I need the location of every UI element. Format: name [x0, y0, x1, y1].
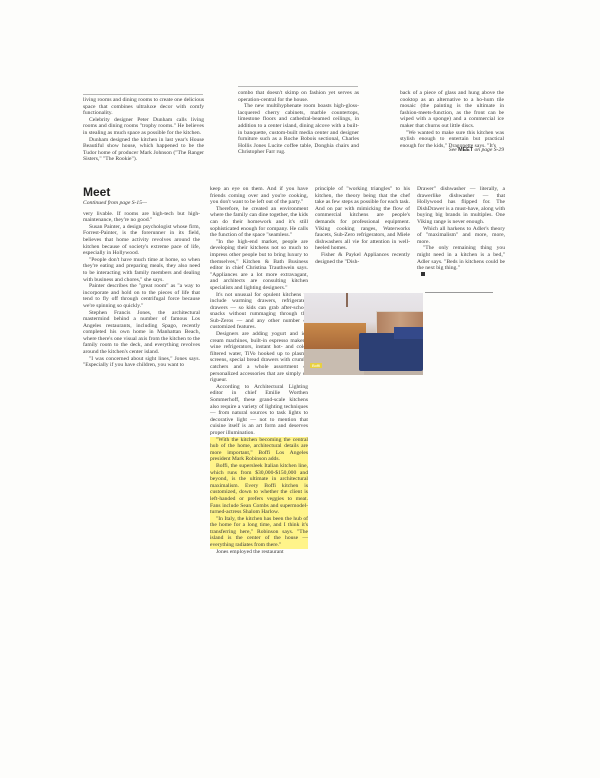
photo-counter — [304, 323, 366, 349]
paragraph: combo that doesn't skimp on fashion yet … — [238, 90, 359, 103]
paragraph: The new multihyphenate room boasts high-… — [238, 103, 359, 156]
jump-line[interactable]: See MEET on page S-29 — [400, 147, 504, 153]
paragraph: very livable. If rooms are high-tech but… — [83, 211, 200, 224]
end-of-article-mark-icon — [421, 272, 425, 276]
article-column-4: Drawer" dishwasher — literally, a drawer… — [417, 186, 505, 278]
paragraph: Therefore, he created an environment whe… — [210, 206, 308, 239]
paragraph: "People don't have much time at home, so… — [83, 257, 200, 283]
kitchen-photo: Boffi — [304, 293, 423, 375]
photo-sofa-back — [394, 327, 423, 339]
paragraph: "The only remaining thing you might need… — [417, 245, 505, 271]
paragraph: keep an eye on them. And if you have fri… — [210, 186, 308, 206]
photo-lamp — [346, 293, 348, 307]
paragraph: Dunham designed the kitchen in last year… — [83, 137, 204, 163]
paragraph: Stephen Francis Jones, the architectural… — [83, 310, 200, 356]
paragraph: Which all harkens to Adler's theory of "… — [417, 226, 505, 246]
article-column-3: principle of "working triangles" to his … — [315, 186, 410, 265]
continued-from[interactable]: Continued from page S-15— — [83, 200, 200, 207]
paragraph: Jones employed the restaurant — [210, 549, 308, 556]
paragraph: "With the kitchen becoming the central h… — [210, 437, 308, 463]
paragraph: "In the high-end market, people are deve… — [210, 239, 308, 292]
photo-floor — [304, 349, 364, 375]
article-title: Meet — [83, 186, 200, 199]
top-column-2: combo that doesn't skimp on fashion yet … — [238, 90, 359, 156]
top-rule-mid — [238, 86, 358, 87]
paragraph: Celebrity designer Peter Dunham calls li… — [83, 117, 204, 137]
article-column-1: Meet Continued from page S-15— very liva… — [83, 186, 200, 369]
jump-suffix: on page S-29 — [474, 147, 504, 153]
photo-credit: Boffi — [310, 363, 322, 368]
paragraph: "I was concerned about sight lines," Jon… — [83, 356, 200, 369]
paragraph: Designers are adding yogurt and ice crea… — [210, 331, 308, 384]
paragraph: Susan Painter, a design psychologist who… — [83, 224, 200, 257]
highlighted-passage: "With the kitchen becoming the central h… — [210, 437, 308, 549]
paragraph: According to Architectural Lighting edit… — [210, 384, 308, 437]
jump-keyword: MEET — [458, 147, 473, 153]
paragraph: Boffi, the supersleek Italian kitchen li… — [210, 463, 308, 516]
top-column-3: back of a piece of glass and hung above … — [400, 90, 504, 149]
top-rule-left — [83, 94, 203, 95]
paragraph: It's not unusual for opulent kitchens to… — [210, 292, 308, 332]
article-column-2: keep an eye on them. And if you have fri… — [210, 186, 308, 555]
jump-prefix: See — [449, 147, 457, 153]
paragraph: Painter describes the "great room" as "a… — [83, 283, 200, 309]
paragraph: back of a piece of glass and hung above … — [400, 90, 504, 130]
paragraph: Drawer" dishwasher — literally, a drawer… — [417, 186, 505, 226]
top-column-1: living rooms and dining rooms to create … — [83, 97, 204, 163]
column-end-rule — [425, 292, 493, 293]
paragraph: "In Italy, the kitchen has been the hub … — [210, 516, 308, 549]
paragraph: living rooms and dining rooms to create … — [83, 97, 204, 117]
paragraph: principle of "working triangles" to his … — [315, 186, 410, 252]
paragraph: Fisher & Paykel Appliances recently desi… — [315, 252, 410, 265]
